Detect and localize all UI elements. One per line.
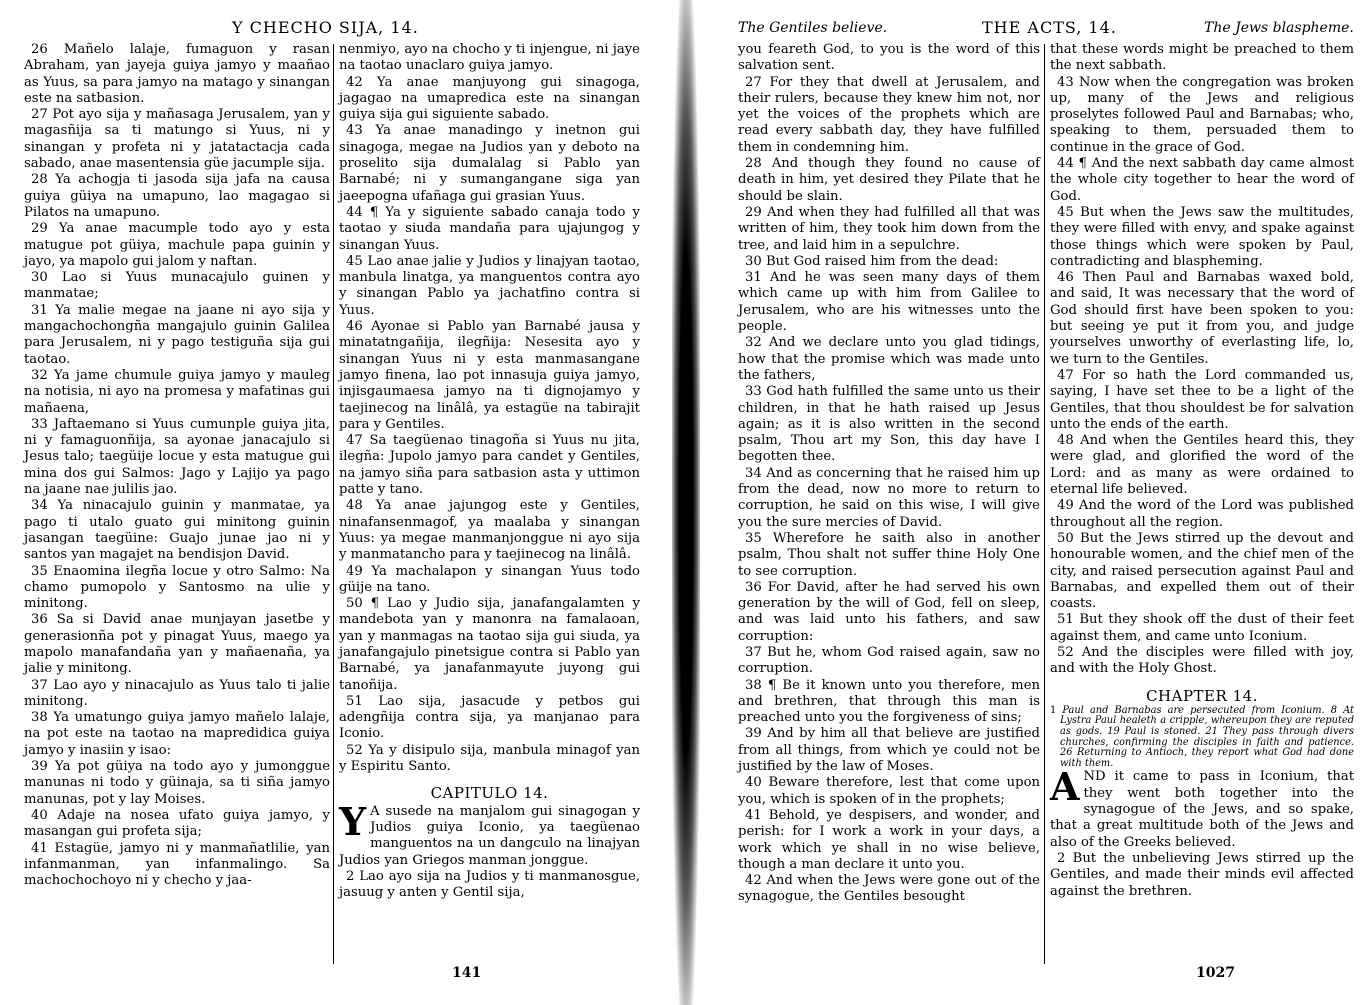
verse: 44 ¶ Ya y siguiente sabado canaja todo y…: [339, 205, 640, 254]
verse: 38 ¶ Be it known unto you therefore, men…: [738, 678, 1040, 727]
verse: 37 Lao ayo y ninacajulo as Yuus talo ti …: [24, 678, 330, 711]
verse: 48 Ya anae jajungog este y Gentiles, nin…: [339, 498, 640, 563]
verse: 49 Ya machalapon y sinangan Yuus todo gü…: [339, 564, 640, 597]
verse: 50 But the Jews stirred up the devout an…: [1050, 531, 1354, 612]
verse: 45 But when the Jews saw the multitudes,…: [1050, 205, 1354, 270]
running-head: Y CHECHO SIJA, 14.: [232, 18, 419, 37]
verse: 52 And the disciples were filled with jo…: [1050, 645, 1354, 678]
column-rule: [1044, 44, 1045, 964]
verse: you feareth God, to you is the word of t…: [738, 42, 1040, 75]
verse: 47 For so hath the Lord commanded us, sa…: [1050, 368, 1354, 433]
verse: 52 Ya y disipulo sija, manbula minagof y…: [339, 743, 640, 776]
verse: 32 And we declare unto you glad tidings,…: [738, 335, 1040, 384]
verse: 33 God hath fulfilled the same unto us t…: [738, 384, 1040, 465]
verse: 48 And when the Gentiles heard this, the…: [1050, 433, 1354, 498]
verse: 50 ¶ Lao y Judio sija, janafangalamten y…: [339, 596, 640, 694]
verse: that these words might be preached to th…: [1050, 42, 1354, 75]
verse: 35 Enaomina ilegña locue y otro Salmo: N…: [24, 564, 330, 613]
verse: 37 But he, whom God raised again, saw no…: [738, 645, 1040, 678]
chapter-first-verse: YA susede na manjalom gui sinagogan y Ju…: [339, 804, 640, 869]
verse: 36 For David, after he had served his ow…: [738, 580, 1040, 645]
drop-cap: A: [1050, 772, 1079, 802]
verse: 26 Mañelo lalaje, fumaguon y rasan Abrah…: [24, 42, 330, 107]
drop-cap: Y: [339, 807, 366, 837]
verse: 51 But they shook off the dust of their …: [1050, 612, 1354, 645]
verse: 39 And by him all that believe are justi…: [738, 726, 1040, 775]
verse: 38 Ya umatungo guiya jamyo mañelo lalaje…: [24, 710, 330, 759]
verse: 51 Lao sija, jasacude y petbos gui adeng…: [339, 694, 640, 743]
column-right-2: that these words might be preached to th…: [1050, 42, 1354, 900]
verse: 32 Ya jame chumule guiya jamyo y mauleg …: [24, 368, 330, 417]
verse: 40 Beware therefore, lest that come upon…: [738, 775, 1040, 808]
verse: 42 Ya anae manjuyong gui sinagoga, jagag…: [339, 75, 640, 124]
chapter-title: CHAPTER 14.: [1050, 688, 1354, 704]
verse: 30 But God raised him from the dead:: [738, 254, 1040, 270]
verse: 41 Behold, ye despisers, and wonder, and…: [738, 808, 1040, 873]
column-left-2: nenmiyo, ayo na chocho y ti injengue, ni…: [339, 42, 640, 901]
left-page: Y CHECHO SIJA, 14. 26 Mañelo lalaje, fum…: [0, 0, 672, 1005]
verse: 47 Sa taegüenao tinagoña si Yuus nu jita…: [339, 433, 640, 498]
verse: 2 Lao ayo sija na Judios y ti manmanosgu…: [339, 869, 640, 902]
verse: 28 And though they found no cause of dea…: [738, 156, 1040, 205]
verse: 27 For they that dwell at Jerusalem, and…: [738, 75, 1040, 156]
column-right-1: you feareth God, to you is the word of t…: [738, 42, 1040, 906]
book-spine-gutter: [672, 0, 700, 1005]
verse: 35 Wherefore he saith also in another ps…: [738, 531, 1040, 580]
running-head-right: The Jews blaspheme.: [1204, 20, 1354, 36]
verse: 43 Now when the congregation was broken …: [1050, 75, 1354, 156]
verse: 29 And when they had fulfilled all that …: [738, 205, 1040, 254]
running-head-left: The Gentiles believe.: [738, 20, 887, 36]
verse: 40 Adaje na nosea ufato guiya jamyo, y m…: [24, 808, 330, 841]
verse: 31 Ya malie megae na jaane ni ayo sija y…: [24, 303, 330, 368]
verse: 44 ¶ And the next sabbath day came almos…: [1050, 156, 1354, 205]
page-number: 141: [452, 965, 481, 981]
page-number: 1027: [1196, 965, 1235, 981]
verse: 45 Lao anae jalie y Judios y linajyan ta…: [339, 254, 640, 319]
verse: 30 Lao si Yuus munacajulo guinen y manma…: [24, 270, 330, 303]
verse: 34 And as concerning that he raised him …: [738, 466, 1040, 531]
verse: 41 Estagüe, jamyo ni y manmañatlilie, ya…: [24, 841, 330, 890]
verse: 39 Ya pot güiya na todo ayo y jumonggue …: [24, 759, 330, 808]
column-rule: [333, 44, 334, 964]
chapter-title: CAPITULO 14.: [339, 785, 640, 801]
chapter-summary: 1 Paul and Barnabas are persecuted from …: [1050, 706, 1354, 770]
verse: 36 Sa si David anae munjayan jasetbe y g…: [24, 612, 330, 677]
verse: 27 Pot ayo sija y mañasaga Jerusalem, ya…: [24, 107, 330, 172]
chapter-first-verse: AND it came to pass in Iconium, that the…: [1050, 769, 1354, 850]
verse: 46 Then Paul and Barnabas waxed bold, an…: [1050, 270, 1354, 368]
verse: 29 Ya anae macumple todo ayo y esta matu…: [24, 221, 330, 270]
verse: 46 Ayonae si Pablo yan Barnabé jausa y m…: [339, 319, 640, 433]
verse: 42 And when the Jews were gone out of th…: [738, 873, 1040, 906]
column-left-1: 26 Mañelo lalaje, fumaguon y rasan Abrah…: [24, 42, 330, 889]
verse: 33 Jaftaemano si Yuus cumunple guiya jit…: [24, 417, 330, 498]
right-page: The Gentiles believe. THE ACTS, 14. The …: [700, 0, 1371, 1005]
verse: 34 Ya ninacajulo guinin y manmatae, ya p…: [24, 498, 330, 563]
verse: nenmiyo, ayo na chocho y ti injengue, ni…: [339, 42, 640, 75]
verse: 2 But the unbelieving Jews stirred up th…: [1050, 851, 1354, 900]
verse: 43 Ya anae manadingo y inetnon gui sinag…: [339, 123, 640, 204]
verse: 31 And he was seen many days of them whi…: [738, 270, 1040, 335]
verse: 49 And the word of the Lord was publishe…: [1050, 498, 1354, 531]
running-head-center: THE ACTS, 14.: [982, 18, 1117, 37]
verse: 28 Ya achogja ti jasoda sija jafa na cau…: [24, 172, 330, 221]
